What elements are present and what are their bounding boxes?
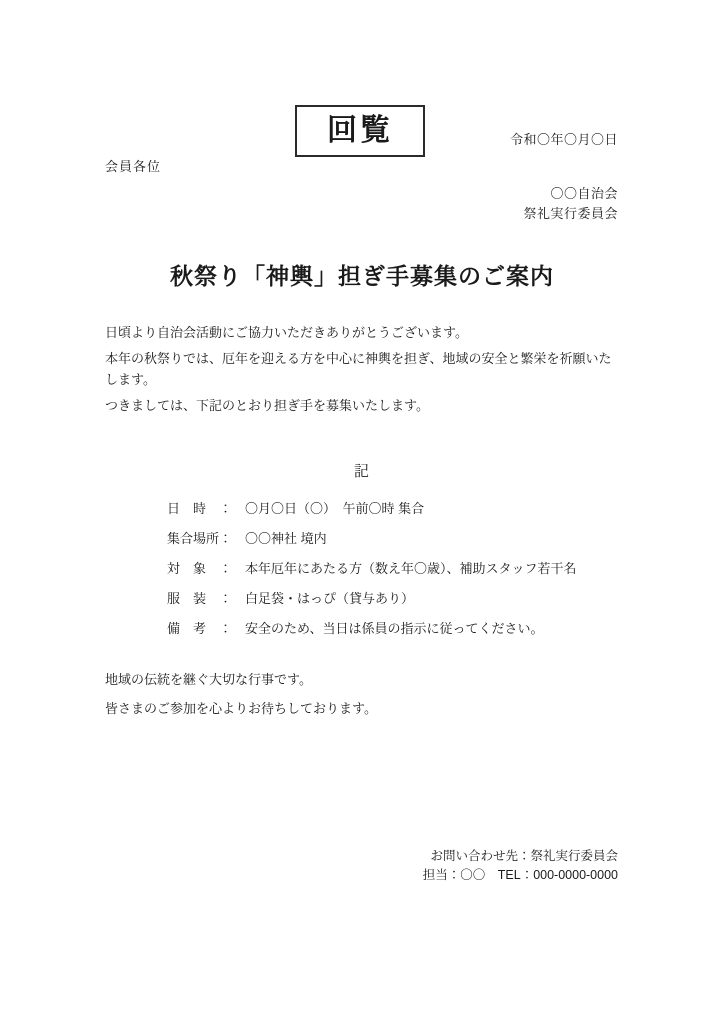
- detail-value: 白足袋・はっぴ（貸与あり）: [232, 588, 414, 607]
- sender-block: 〇〇自治会 祭礼実行委員会: [523, 184, 618, 224]
- record-heading: 記: [0, 460, 724, 481]
- contact-inquiry-line: お問い合わせ先：祭礼実行委員会: [423, 847, 618, 866]
- kairan-stamp-label: 回覧: [327, 116, 393, 146]
- sender-committee: 祭礼実行委員会: [523, 204, 618, 224]
- paragraph-line: つきましては、下記のとおり担ぎ手を募集いたします。: [105, 398, 429, 413]
- paragraph-line: します。: [105, 372, 156, 387]
- kairan-stamp-box: 回覧: [295, 105, 425, 157]
- sender-organization: 〇〇自治会: [523, 184, 618, 204]
- paragraph-line: 日頃より自治会活動にご協力いただきありがとうございます。: [105, 325, 468, 340]
- detail-value: 安全のため、当日は係員の指示に従ってください。: [232, 618, 543, 637]
- details-list: 日 時 ： 〇月〇日（〇） 午前〇時 集合 集合場所： 〇〇神社 境内 対 象 …: [167, 492, 637, 642]
- detail-row-meeting-place: 集合場所： 〇〇神社 境内: [167, 522, 637, 552]
- detail-row-target: 対 象 ： 本年厄年にあたる方（数え年〇歳）、補助スタッフ若干名: [167, 552, 637, 582]
- detail-value: 〇〇神社 境内: [232, 528, 327, 547]
- detail-label: 服 装 ：: [167, 588, 232, 607]
- contact-person-tel-line: 担当：〇〇 TEL：000-0000-0000: [423, 866, 618, 885]
- detail-value: 本年厄年にあたる方（数え年〇歳）、補助スタッフ若干名: [232, 558, 577, 577]
- detail-row-attire: 服 装 ： 白足袋・はっぴ（貸与あり）: [167, 582, 637, 612]
- detail-label: 日 時 ：: [167, 498, 232, 517]
- paragraph-purpose: 本年の秋祭りでは、厄年を迎える方を中心に神輿を担ぎ、地域の安全と繁栄を祈願いた …: [105, 348, 619, 390]
- contact-block: お問い合わせ先：祭礼実行委員会 担当：〇〇 TEL：000-0000-0000: [423, 847, 618, 885]
- circular-notice-document: 回覧 令和〇年〇月〇日 会員各位 〇〇自治会 祭礼実行委員会 秋祭り「神輿」担ぎ…: [0, 0, 724, 1024]
- paragraph-line: 本年の秋祭りでは、厄年を迎える方を中心に神輿を担ぎ、地域の安全と繁栄を祈願いた: [105, 351, 611, 366]
- detail-label: 対 象 ：: [167, 558, 232, 577]
- closing-line-tradition: 地域の伝統を継ぐ大切な行事です。: [105, 670, 619, 699]
- detail-label: 集合場所：: [167, 528, 232, 547]
- body-text: 日頃より自治会活動にご協力いただきありがとうございます。 本年の秋祭りでは、厄年…: [105, 322, 619, 421]
- closing-block: 地域の伝統を継ぐ大切な行事です。 皆さまのご参加を心よりお待ちしております。: [105, 670, 619, 728]
- issue-date: 令和〇年〇月〇日: [510, 129, 618, 148]
- detail-value: 〇月〇日（〇） 午前〇時 集合: [232, 498, 424, 517]
- detail-row-notes: 備 考 ： 安全のため、当日は係員の指示に従ってください。: [167, 612, 637, 642]
- addressee: 会員各位: [105, 156, 161, 175]
- closing-line-invitation: 皆さまのご参加を心よりお待ちしております。: [105, 699, 619, 728]
- paragraph-greeting: 日頃より自治会活動にご協力いただきありがとうございます。: [105, 322, 619, 343]
- paragraph-recruitment: つきましては、下記のとおり担ぎ手を募集いたします。: [105, 395, 619, 416]
- detail-row-datetime: 日 時 ： 〇月〇日（〇） 午前〇時 集合: [167, 492, 637, 522]
- document-title: 秋祭り「神輿」担ぎ手募集のご案内: [0, 258, 724, 291]
- detail-label: 備 考 ：: [167, 618, 232, 637]
